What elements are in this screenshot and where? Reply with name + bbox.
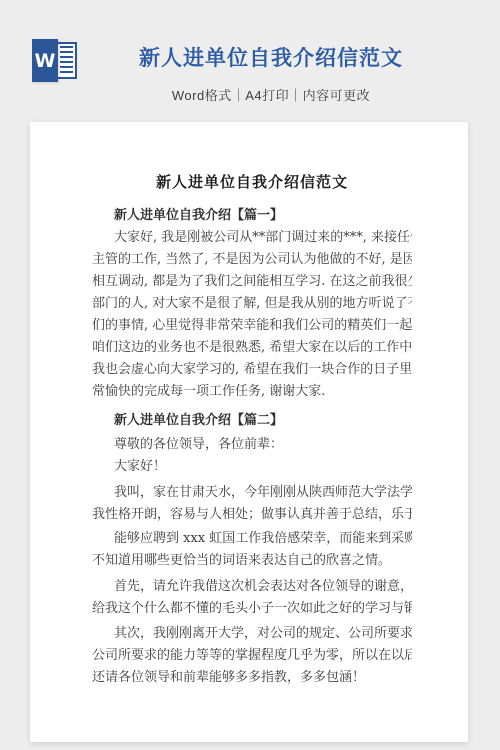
document-line: 尊敬的各位领导，各位前辈： <box>92 434 412 456</box>
word-icon-sheet-lines <box>60 46 73 75</box>
document-line: 还请各位领导和前辈能够多多指教，多多包涵！ <box>92 667 412 689</box>
document-line: 部门的人, 对大家不是很了解, 但是我从别的地方听说了不少关于咱 <box>92 293 412 315</box>
document-line: 主管的工作, 当然了, 不是因为公司认为他做的不好, 是因为工作原因 <box>92 249 412 271</box>
document-line: 能够应聘到 xxx 虹国工作我倍感荣幸，而能来到采购部工作，我 <box>92 528 412 550</box>
page-title: 新人进单位自我介绍信范文 <box>139 42 403 72</box>
document-line: 我性格开朗，容易与人相处；做事认真并善于总结，乐于与他人交流。 <box>92 504 412 526</box>
document-line: 我也会虚心向大家学习的, 希望在我们一块合作的日子里，大家能非 <box>92 359 412 381</box>
document-line: 首先，请允许我借这次机会表达对各位领导的谢意，谢谢你们能 <box>92 576 412 598</box>
word-icon-letter: W <box>32 39 58 82</box>
page-background: W 新人进单位自我介绍信范文 Word格式｜A4打印｜内容可更改 新人进单位自我… <box>0 0 500 750</box>
document-line: 其次，我刚刚离开大学，对公司的规定、公司所要求的人际关系、 <box>92 623 412 645</box>
document-line: 不知道用哪些更恰当的词语来表达自己的欣喜之情。 <box>92 550 412 572</box>
document-line: 新人进单位自我介绍【篇一】 <box>92 205 412 227</box>
document-line: 新人进单位自我介绍【篇二】 <box>92 410 412 432</box>
document-page: 新人进单位自我介绍信范文 新人进单位自我介绍【篇一】大家好, 我是刚被公司从**… <box>30 122 468 742</box>
document-line: 给我这个什么都不懂的毛头小子一次如此之好的学习与锻炼的机会。 <box>92 598 412 620</box>
document-line: 咱们这边的业务也不是很熟悉, 希望大家在以后的工作中多多支持, <box>92 337 412 359</box>
word-icon-sheet <box>56 42 77 79</box>
document-line: 公司所要求的能力等等的掌握程度几乎为零，所以在以后的工作中， <box>92 645 412 667</box>
document-line: 常愉快的完成每一项工作任务, 谢谢大家. <box>92 381 412 403</box>
document-line: 相互调动, 都是为了我们之间能相互学习. 在这之前我很少接触我们 <box>92 271 412 293</box>
document-content: 新人进单位自我介绍信范文 新人进单位自我介绍【篇一】大家好, 我是刚被公司从**… <box>30 122 468 689</box>
document-line: 我叫，家在甘肃天水，今年刚刚从陕西师范大学法学专业毕业。 <box>92 482 412 504</box>
format-info: Word格式｜A4打印｜内容可更改 <box>172 85 370 104</box>
document-lines: 新人进单位自我介绍【篇一】大家好, 我是刚被公司从**部门调过来的***, 来接… <box>92 205 412 689</box>
word-icon: W <box>32 39 79 82</box>
document-line: 大家好！ <box>92 456 412 478</box>
document-line: 大家好, 我是刚被公司从**部门调过来的***, 来接任你们之前** <box>92 227 412 249</box>
document-title: 新人进单位自我介绍信范文 <box>92 172 412 192</box>
document-line: 们的事情, 心里觉得非常荣幸能和我们公司的精英们一起合作. 我对 <box>92 315 412 337</box>
